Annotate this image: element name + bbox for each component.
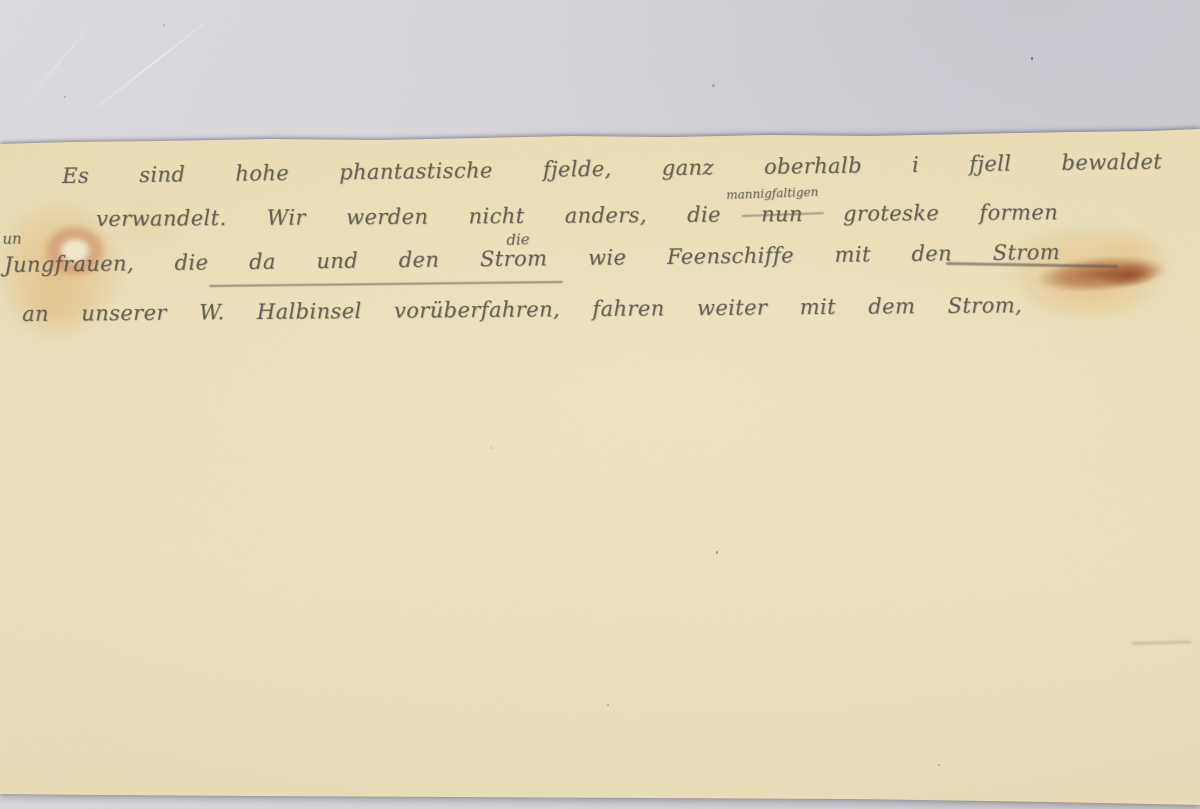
handwriting-insertion-line-2: mannigfaltigen [726,185,819,202]
handwriting-line-2: verwandelt. Wir werden nicht anders, die… [96,199,1058,233]
handwriting-margin-word: un [2,229,22,248]
pencil-smudge [1132,640,1192,645]
stain-right-lobe [1014,258,1166,328]
pencil-underline [209,281,563,287]
photo-of-handwritten-note: Es sind hohe phantastische fjelde, ganz … [0,0,1200,809]
handwriting-insertion-line-3: die [506,230,530,249]
paper-speck [716,551,718,554]
paper-shadow-wrap: Es sind hohe phantastische fjelde, ganz … [0,0,1200,809]
stain-right-dark-core [1095,259,1163,292]
handwriting-line-1: Es sind hohe phantastische fjelde, ganz … [62,149,1162,191]
handwriting-line-3: Jungfrauen, die da und den Strom wie Fee… [4,239,1060,279]
paper-sheet: Es sind hohe phantastische fjelde, ganz … [0,0,1200,809]
paper-speck [607,704,609,706]
handwriting-line-4: an unserer W. Halbinsel vorüberfahren, f… [22,292,1022,328]
paper-speck [490,447,492,449]
paper-speck [938,764,940,766]
